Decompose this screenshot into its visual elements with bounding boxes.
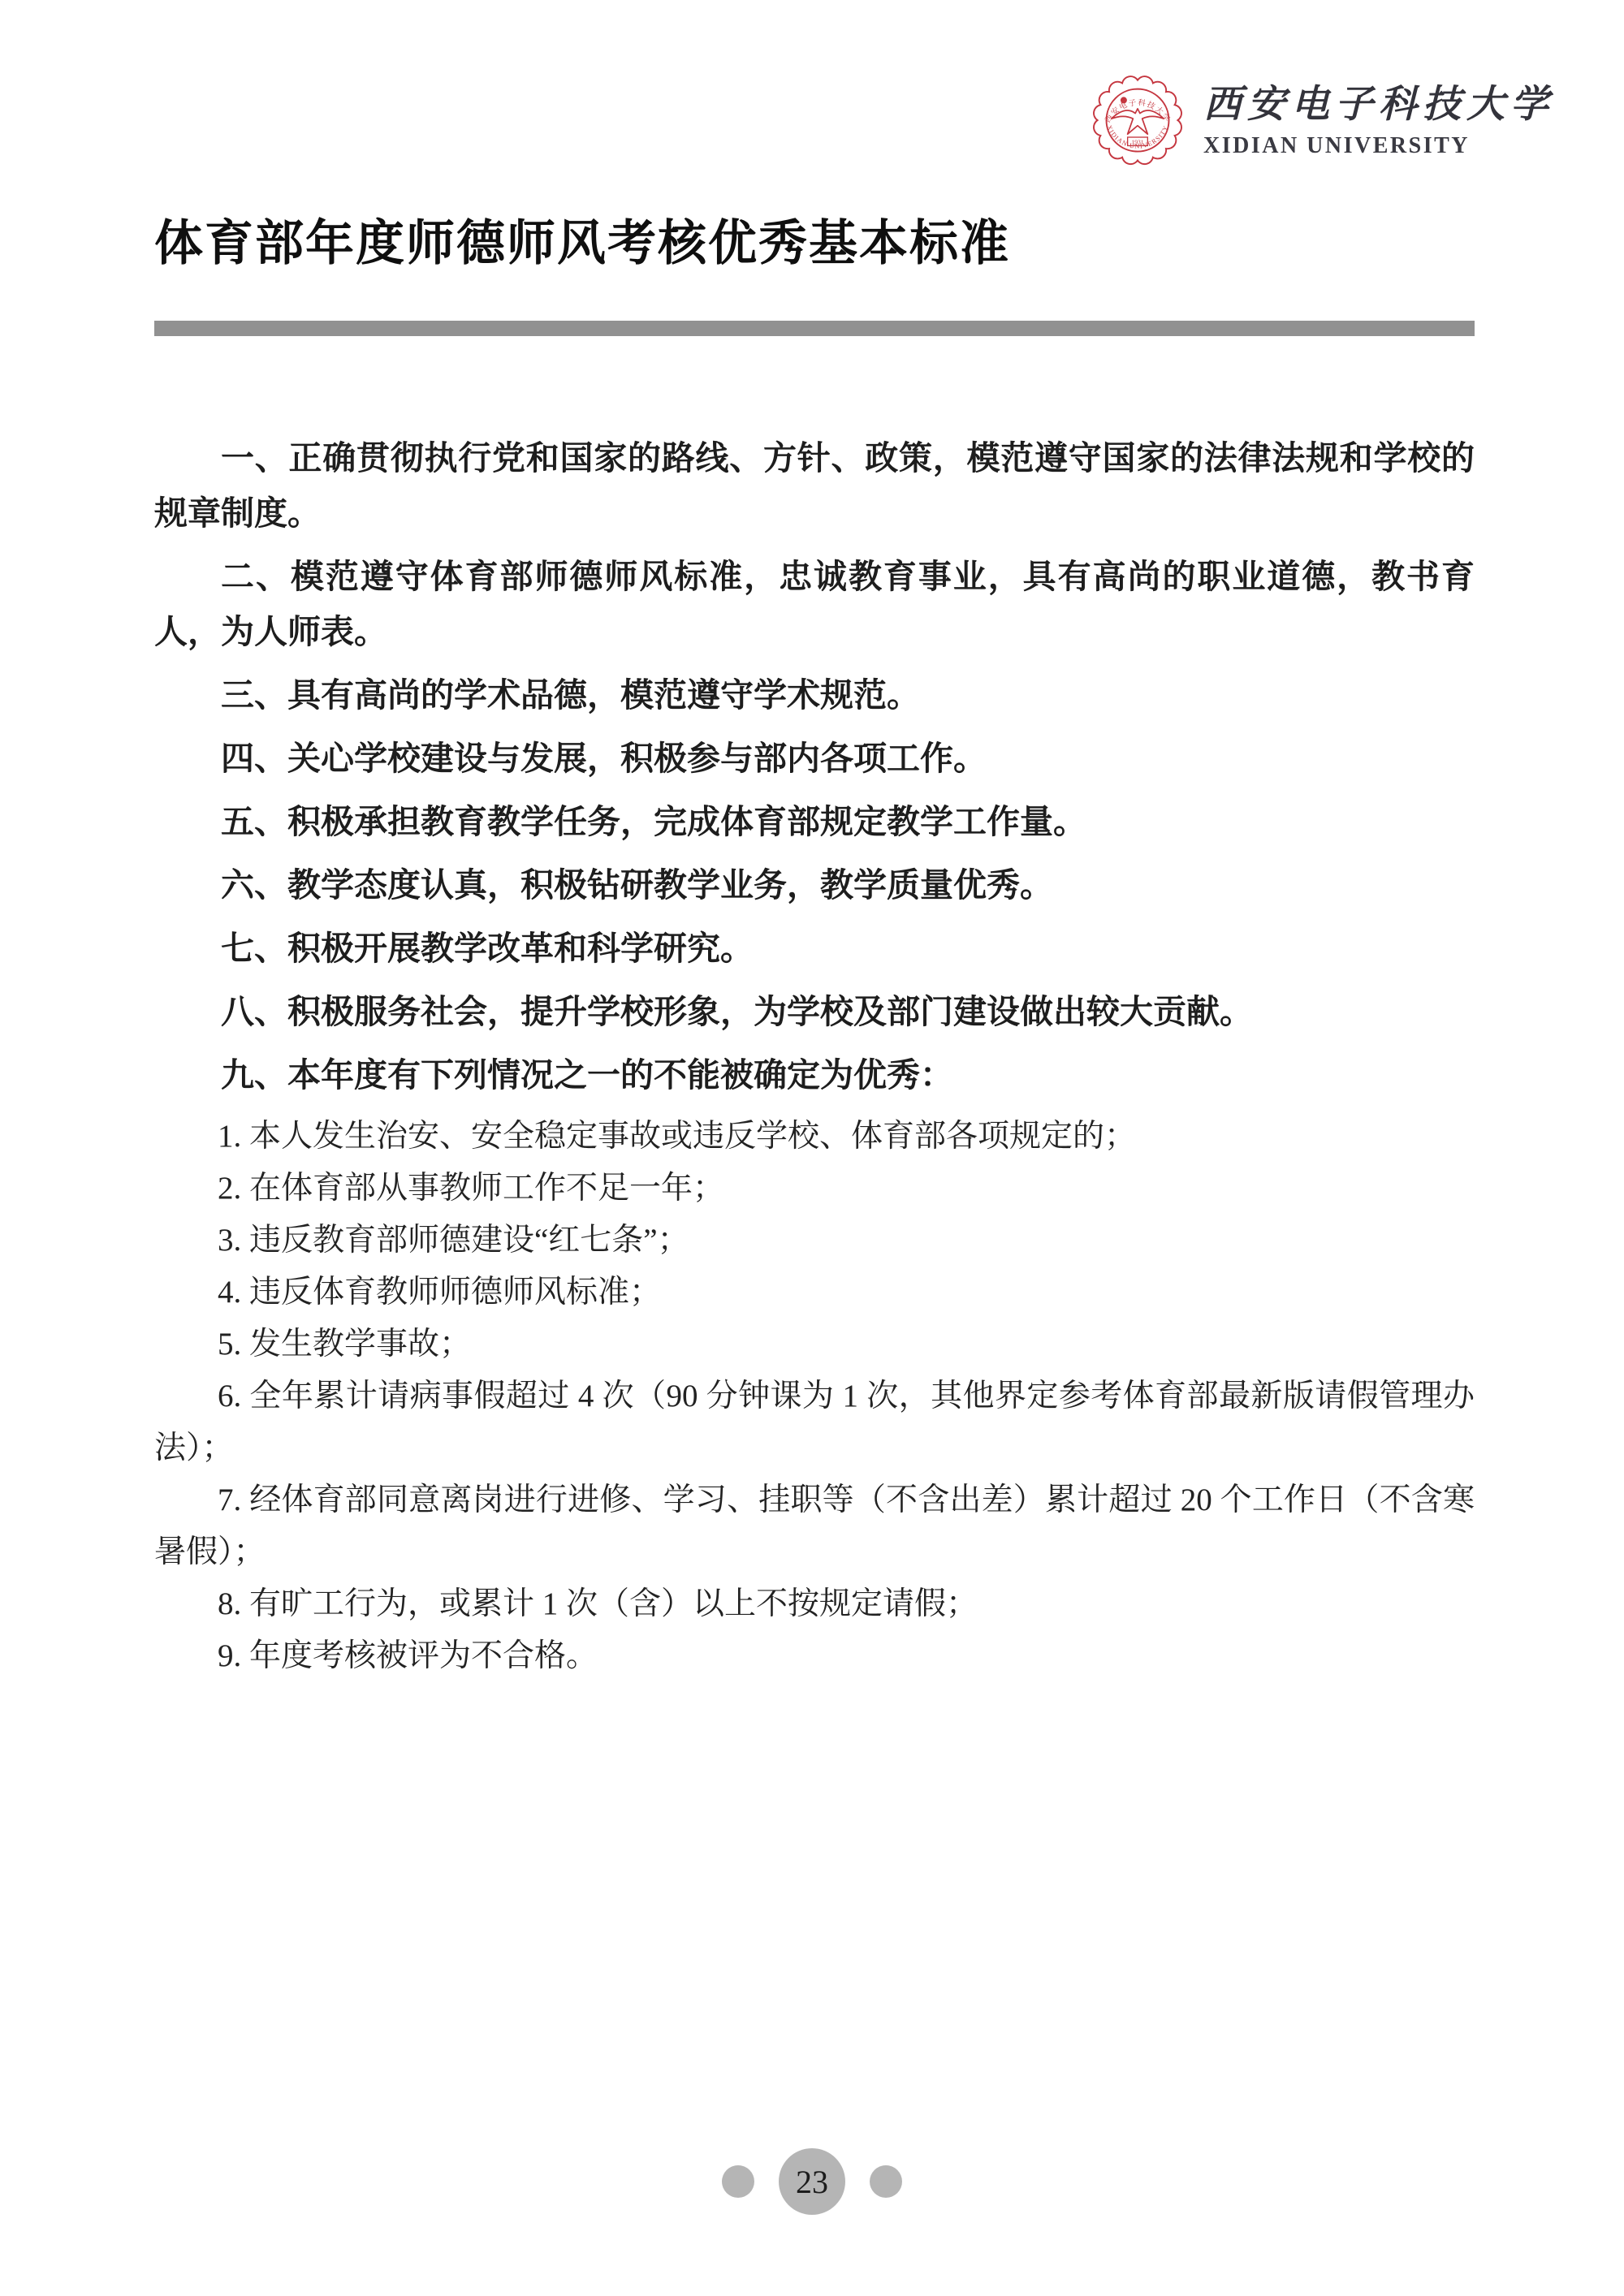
disqualifier-item-4: 4. 违反体育教师师德师风标准； — [154, 1267, 1475, 1318]
criterion-item-9: 九、本年度有下列情况之一的不能被确定为优秀： — [154, 1047, 1475, 1103]
disqualifier-item-3: 3. 违反教育部师德建设“红七条”； — [154, 1215, 1475, 1267]
document-page: 西安电子科技大学 1931 XIDIAN UNIVERSITY 西安电子科技大学… — [0, 0, 1624, 2296]
university-name-english: XIDIAN UNIVERSITY — [1203, 133, 1470, 159]
footer-right-dot — [870, 2165, 902, 2198]
seal-dot — [1121, 97, 1127, 103]
xidian-seal-icon: 西安电子科技大学 1931 XIDIAN UNIVERSITY — [1091, 68, 1184, 175]
criterion-item-3: 三、具有高尚的学术品德，模范遵守学术规范。 — [154, 667, 1475, 723]
footer-left-dot — [722, 2165, 754, 2198]
document-body: 一、正确贯彻执行党和国家的路线、方针、政策，模范遵守国家的法律法规和学校的规章制… — [154, 430, 1475, 1682]
disqualifier-item-2: 2. 在体育部从事教师工作不足一年； — [154, 1163, 1475, 1215]
page-number-badge: 23 — [779, 2148, 845, 2215]
page-number: 23 — [796, 2163, 828, 2201]
criterion-item-5: 五、积极承担教育教学任务，完成体育部规定教学工作量。 — [154, 794, 1475, 849]
criterion-item-6: 六、教学态度认真，积极钻研教学业务，教学质量优秀。 — [154, 857, 1475, 913]
university-logo: 西安电子科技大学 1931 XIDIAN UNIVERSITY 西安电子科技大学… — [1091, 68, 1554, 175]
page-footer: 23 — [0, 2148, 1624, 2215]
disqualifier-item-6: 6. 全年累计请病事假超过 4 次（90 分钟课为 1 次，其他界定参考体育部最… — [154, 1370, 1475, 1474]
disqualifier-item-9: 9. 年度考核被评为不合格。 — [154, 1630, 1475, 1682]
disqualifier-item-8: 8. 有旷工行为，或累计 1 次（含）以上不按规定请假； — [154, 1578, 1475, 1630]
criterion-item-2: 二、模范遵守体育部师德师风标准，忠诚教育事业，具有高尚的职业道德，教书育人，为人… — [154, 549, 1475, 659]
seal-bird-icon — [1112, 109, 1164, 134]
disqualifier-item-7: 7. 经体育部同意离岗进行进修、学习、挂职等（不含出差）累计超过 20 个工作日… — [154, 1474, 1475, 1578]
disqualifier-item-5: 5. 发生教学事故； — [154, 1318, 1475, 1370]
title-divider-bar — [154, 321, 1475, 336]
criterion-item-7: 七、积极开展教学改革和科学研究。 — [154, 921, 1475, 976]
criterion-item-8: 八、积极服务社会，提升学校形象，为学校及部门建设做出较大贡献。 — [154, 984, 1475, 1039]
disqualifier-item-1: 1. 本人发生治安、安全稳定事故或违反学校、体育部各项规定的； — [154, 1111, 1475, 1163]
criterion-item-1: 一、正确贯彻执行党和国家的路线、方针、政策，模范遵守国家的法律法规和学校的规章制… — [154, 430, 1475, 541]
university-name-calligraphy: 西安电子科技大学 — [1203, 84, 1554, 127]
page-title: 体育部年度师德师风考核优秀基本标准 — [154, 216, 1010, 272]
logo-wordmark: 西安电子科技大学 XIDIAN UNIVERSITY — [1203, 84, 1554, 159]
criterion-item-4: 四、关心学校建设与发展，积极参与部内各项工作。 — [154, 731, 1475, 786]
